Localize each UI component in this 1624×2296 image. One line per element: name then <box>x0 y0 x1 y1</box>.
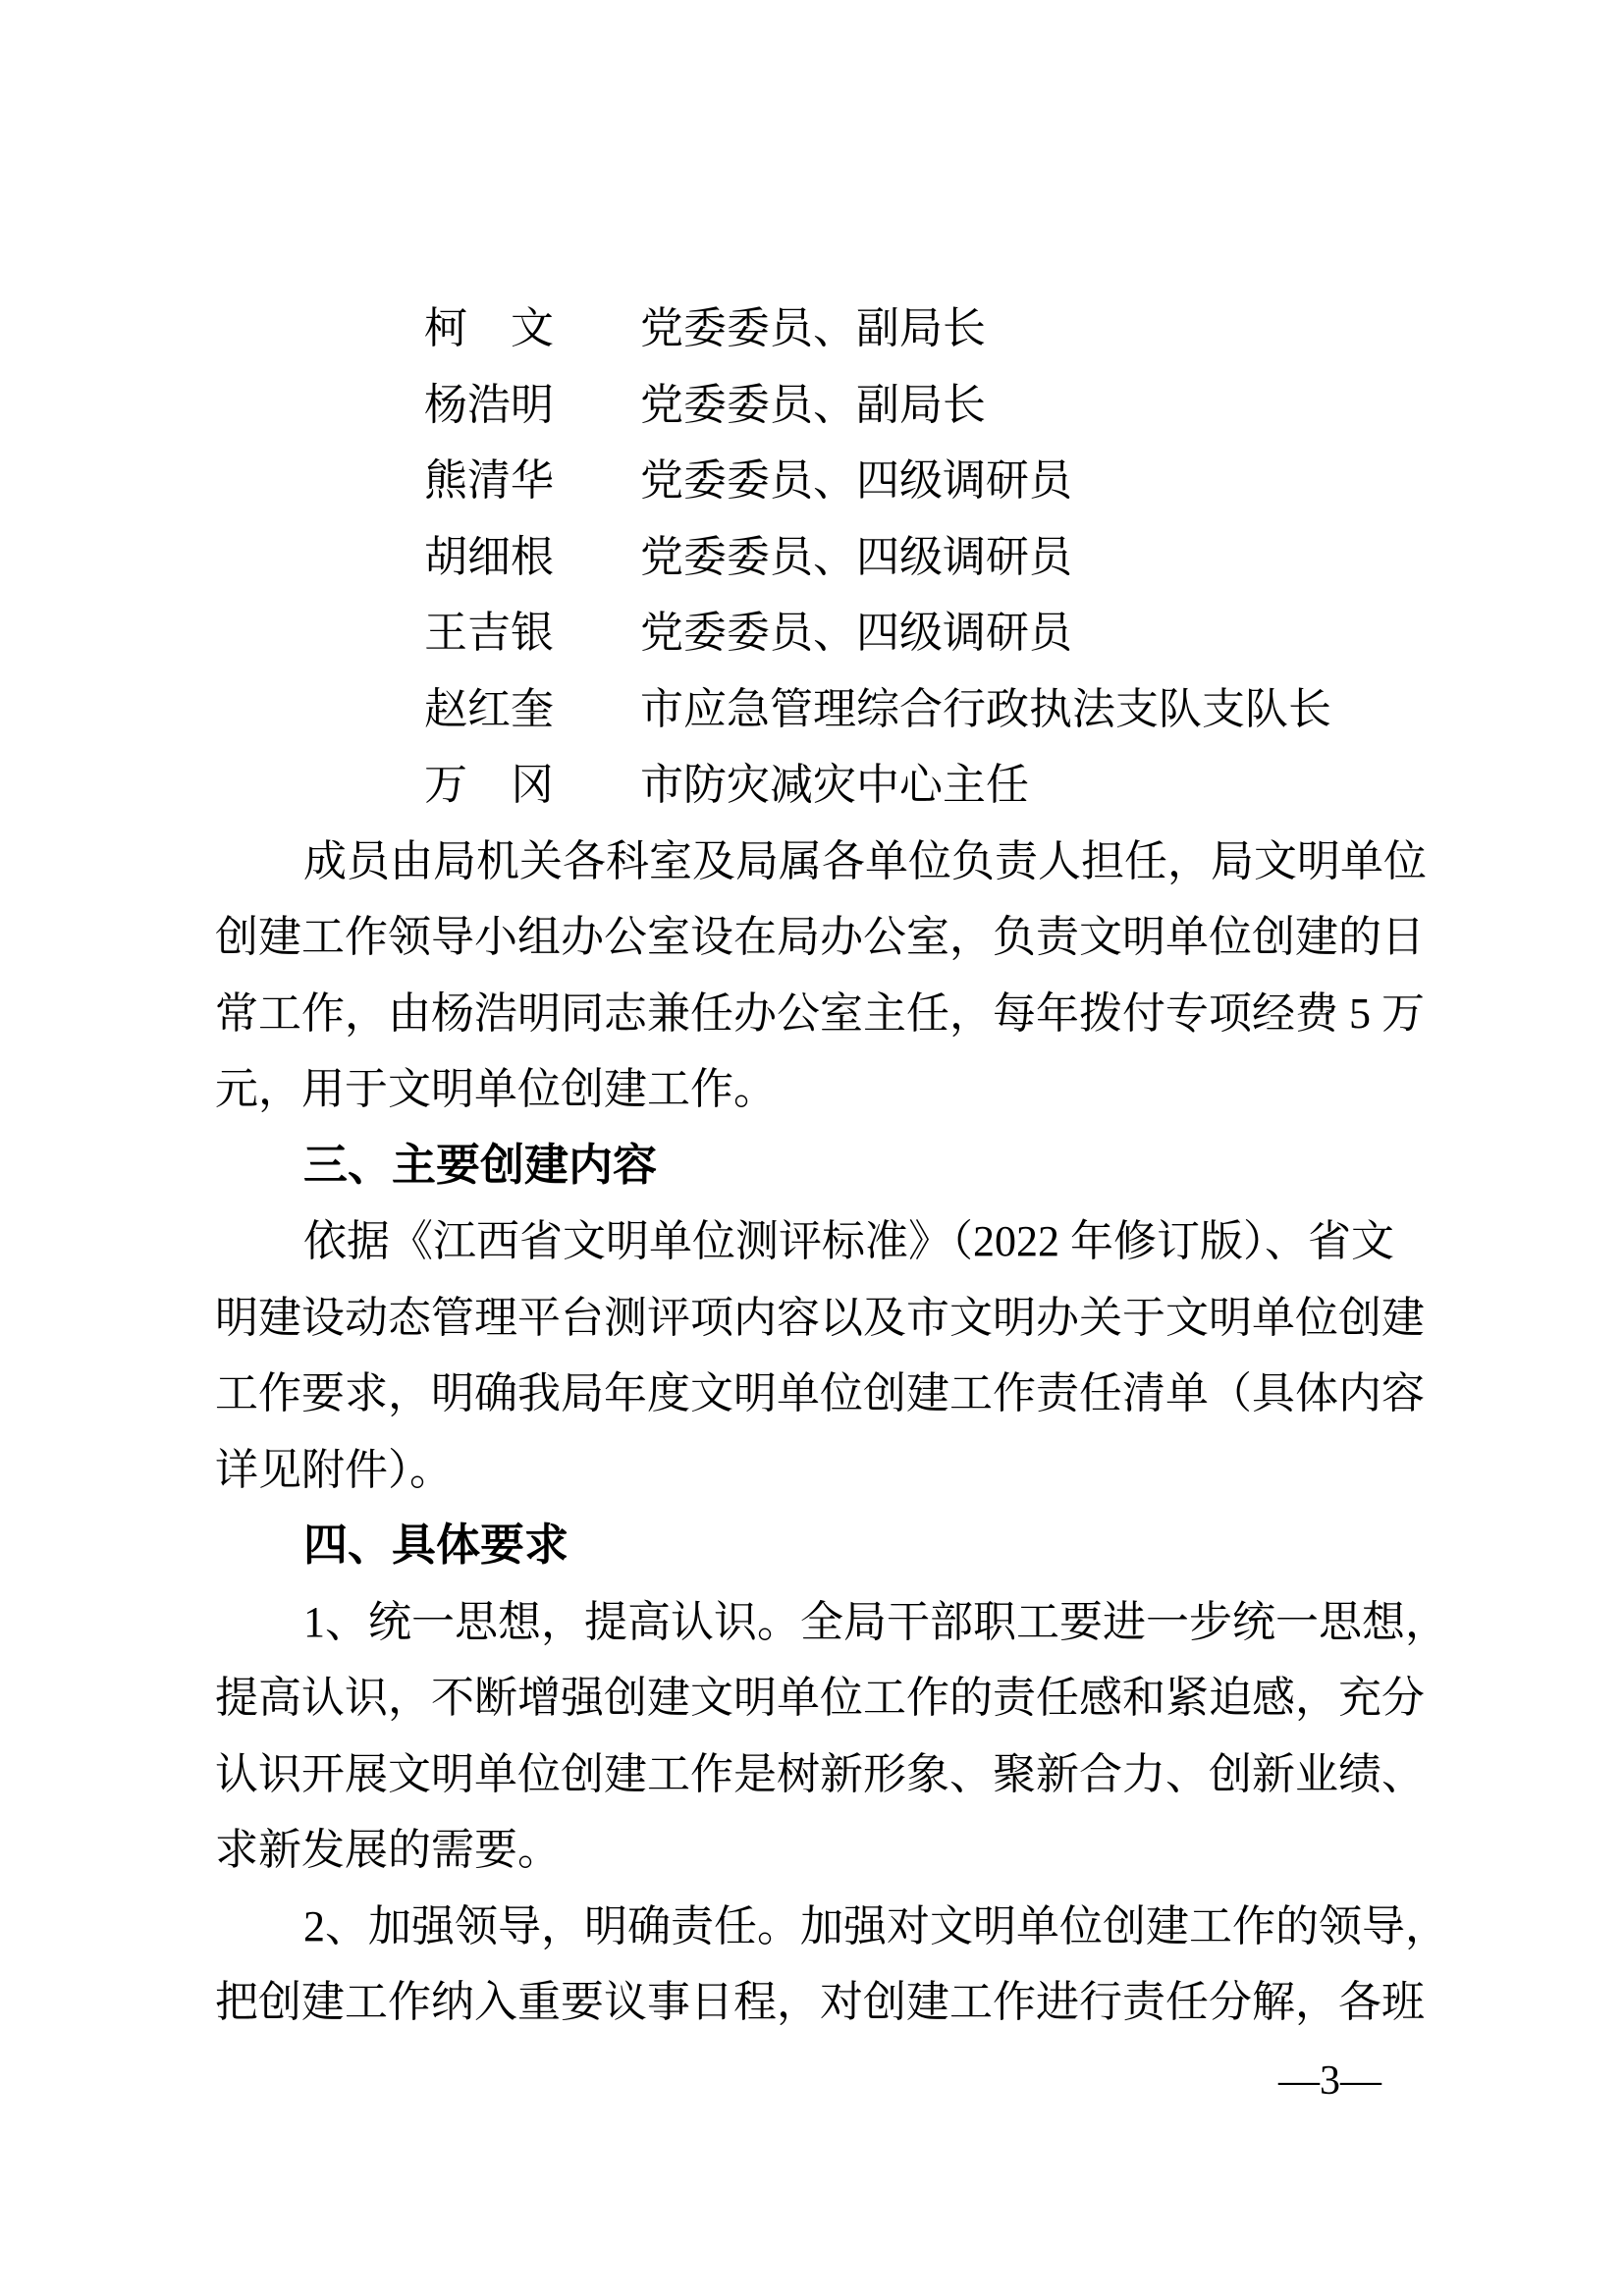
text-line: 依据《江西省文明单位测评标准》（2022 年修订版）、省文 <box>215 1203 1433 1280</box>
text-line: 创建工作领导小组办公室设在局办公室，负责文明单位创建的日 <box>215 899 1433 976</box>
roster-row: 胡细根 党委委员、四级调研员 <box>215 519 1433 596</box>
member-title: 市防灾减灾中心主任 <box>640 747 1029 824</box>
roster-row: 万 冈 市防灾减灾中心主任 <box>215 747 1433 824</box>
text-line: 成员由局机关各科室及局属各单位负责人担任，局文明单位 <box>215 824 1433 900</box>
text-line: 1、统一思想，提高认识。全局干部职工要进一步统一思想， <box>215 1584 1433 1661</box>
member-name: 胡细根 <box>424 519 640 596</box>
document-page: 柯 文 党委委员、副局长 杨浩明 党委委员、副局长 熊清华 党委委员、四级调研员… <box>0 0 1624 2296</box>
text-line: 求新发展的需要。 <box>215 1812 1433 1889</box>
text-line: 把创建工作纳入重要议事日程，对创建工作进行责任分解，各班 <box>215 1964 1433 2041</box>
roster-row: 赵红奎 市应急管理综合行政执法支队支队长 <box>215 671 1433 748</box>
section-heading-three: 三、主要创建内容 <box>215 1128 1433 1204</box>
member-title: 党委委员、四级调研员 <box>640 519 1072 596</box>
roster-row: 杨浩明 党委委员、副局长 <box>215 367 1433 444</box>
member-name: 王吉银 <box>424 595 640 671</box>
member-title: 党委委员、副局长 <box>640 291 986 367</box>
paragraph-requirement-2: 2、加强领导，明确责任。加强对文明单位创建工作的领导， 把创建工作纳入重要议事日… <box>215 1889 1433 2041</box>
text-line: 明建设动态管理平台测评项内容以及市文明办关于文明单位创建 <box>215 1280 1433 1357</box>
paragraph-basis: 依据《江西省文明单位测评标准》（2022 年修订版）、省文 明建设动态管理平台测… <box>215 1203 1433 1508</box>
text-line: 元，用于文明单位创建工作。 <box>215 1051 1433 1128</box>
member-title: 市应急管理综合行政执法支队支队长 <box>640 671 1331 748</box>
text-line: 2、加强领导，明确责任。加强对文明单位创建工作的领导， <box>215 1889 1433 1965</box>
roster-row: 熊清华 党委委员、四级调研员 <box>215 443 1433 519</box>
member-name: 杨浩明 <box>424 367 640 444</box>
roster-row: 柯 文 党委委员、副局长 <box>215 291 1433 367</box>
member-name: 赵红奎 <box>424 671 640 748</box>
member-title: 党委委员、四级调研员 <box>640 443 1072 519</box>
paragraph-members: 成员由局机关各科室及局属各单位负责人担任，局文明单位 创建工作领导小组办公室设在… <box>215 824 1433 1128</box>
text-line: 常工作，由杨浩明同志兼任办公室主任，每年拨付专项经费 5 万 <box>215 976 1433 1052</box>
leadership-roster: 柯 文 党委委员、副局长 杨浩明 党委委员、副局长 熊清华 党委委员、四级调研员… <box>215 291 1433 824</box>
text-line: 工作要求，明确我局年度文明单位创建工作责任清单（具体内容 <box>215 1356 1433 1432</box>
member-name: 熊清华 <box>424 443 640 519</box>
member-name: 柯 文 <box>424 291 640 367</box>
member-name: 万 冈 <box>424 747 640 824</box>
text-line: 提高认识，不断增强创建文明单位工作的责任感和紧迫感，充分 <box>215 1660 1433 1736</box>
page-number: —3— <box>1278 2052 1381 2110</box>
document-content: 柯 文 党委委员、副局长 杨浩明 党委委员、副局长 熊清华 党委委员、四级调研员… <box>215 291 1433 2041</box>
roster-row: 王吉银 党委委员、四级调研员 <box>215 595 1433 671</box>
paragraph-requirement-1: 1、统一思想，提高认识。全局干部职工要进一步统一思想， 提高认识，不断增强创建文… <box>215 1584 1433 1889</box>
section-heading-four: 四、具体要求 <box>215 1508 1433 1584</box>
member-title: 党委委员、四级调研员 <box>640 595 1072 671</box>
text-line: 认识开展文明单位创建工作是树新形象、聚新合力、创新业绩、 <box>215 1736 1433 1813</box>
member-title: 党委委员、副局长 <box>640 367 986 444</box>
text-line: 详见附件）。 <box>215 1432 1433 1509</box>
